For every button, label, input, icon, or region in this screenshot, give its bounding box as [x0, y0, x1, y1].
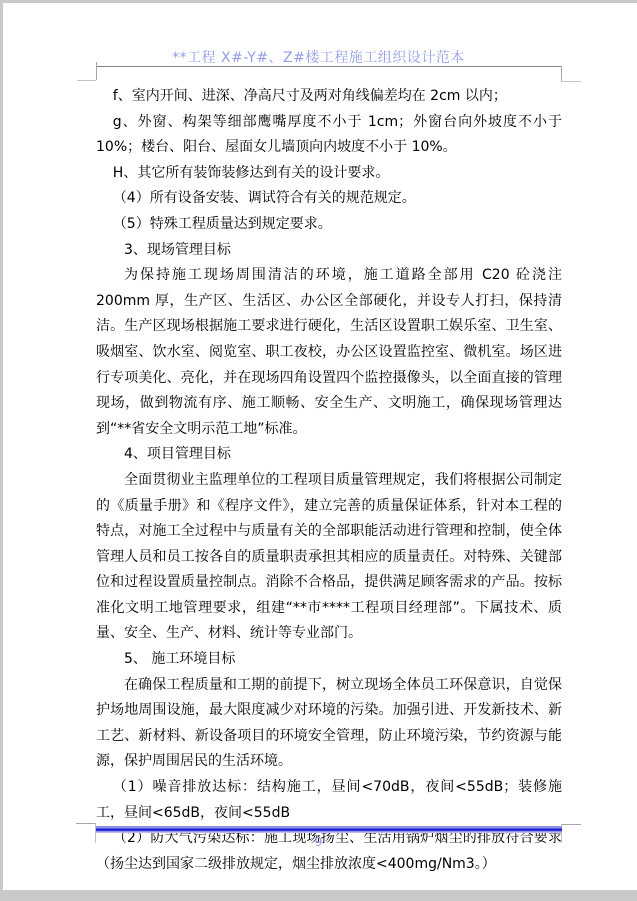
document-body[interactable]: f、室内开间、进深、净高尺寸及两对角线偏差均在 2cm 以内；g、外窗、构架等细… [96, 84, 562, 877]
paragraph: 4、项目管理目标 [96, 442, 562, 468]
paragraph: （2）防大气污染达标：施工现场扬尘、生活用锅炉烟尘的排放符合要求（扬尘达到国家二… [96, 826, 562, 877]
footer-rule [96, 826, 562, 833]
paragraph: g、外窗、构架等细部鹰嘴厚度不小于 1cm；外窗台向外坡度不小于 10%；楼台、… [96, 110, 562, 161]
paragraph: （5）特殊工程质量达到规定要求。 [96, 212, 562, 238]
paragraph: 为保持施工现场周围清洁的环境，施工道路全部用 C20 砼浇注 200mm 厚，生… [96, 263, 562, 442]
crop-mark-top-left-horizontal [77, 80, 96, 81]
paragraph: （4）所有设备安装、调试符合有关的规范规定。 [96, 186, 562, 212]
header-rule [96, 66, 561, 67]
paragraph: 在确保工程质量和工期的前提下，树立现场全体员工环保意识，自觉保护场地周围设施，最… [96, 673, 562, 775]
paragraph: 全面贯彻业主监理单位的工程项目质量管理规定，我们将根据公司制定的《质量手册》和《… [96, 468, 562, 647]
paragraph: 3、现场管理目标 [96, 238, 562, 264]
paragraph: （1）噪音排放达标：结构施工，昼间<70dB，夜间<55dB；装修施工，昼间<6… [96, 775, 562, 826]
crop-mark-bottom-left-horizontal [76, 823, 96, 824]
crop-mark-top-right-horizontal [561, 81, 581, 82]
crop-mark-top-left-vertical [96, 62, 97, 80]
paragraph: 5、 施工环境目标 [96, 647, 562, 673]
print-preview-canvas: **工程 X#-Y#、Z#楼工程施工组织设计范本 f、室内开间、进深、净高尺寸及… [0, 0, 637, 901]
page-number: 9 [0, 835, 637, 849]
paragraph: H、其它所有装饰装修达到有关的设计要求。 [96, 161, 562, 187]
crop-mark-top-right-vertical [561, 66, 562, 81]
crop-mark-bottom-right-horizontal [561, 824, 581, 825]
paragraph: f、室内开间、进深、净高尺寸及两对角线偏差均在 2cm 以内； [96, 84, 562, 110]
